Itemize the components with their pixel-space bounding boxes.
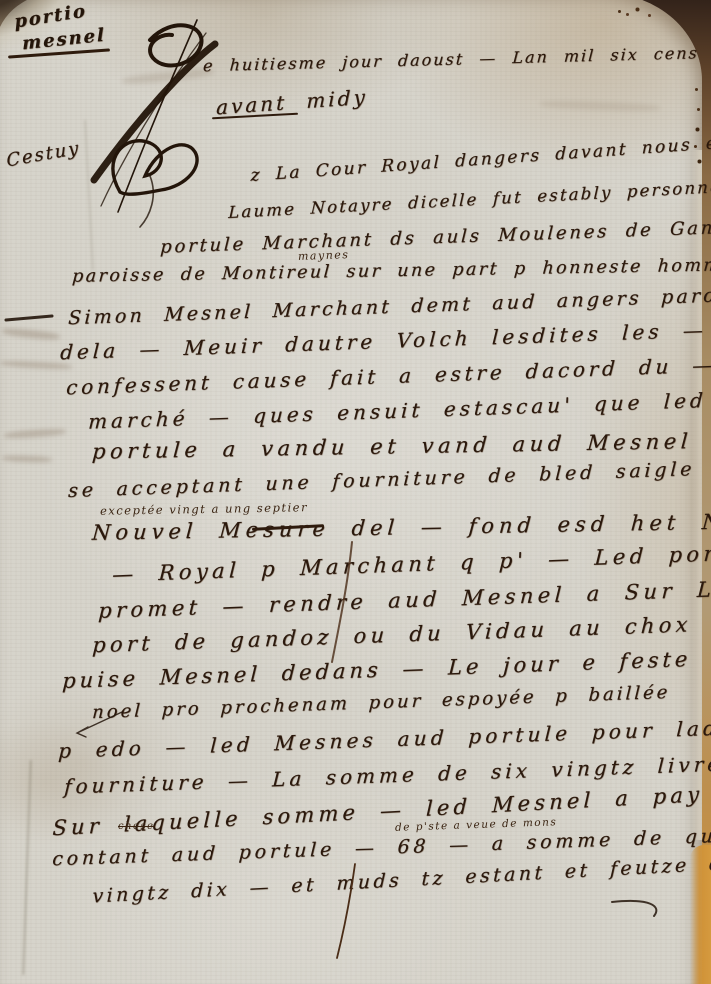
interline-struck-word: chese [118, 822, 155, 832]
ink-specks [618, 10, 621, 13]
ink-specks [695, 88, 698, 91]
interline-above-parish: maynes [298, 249, 350, 262]
manuscript-photo: portio mesnel e huitiesme jour daoust — … [0, 0, 711, 984]
